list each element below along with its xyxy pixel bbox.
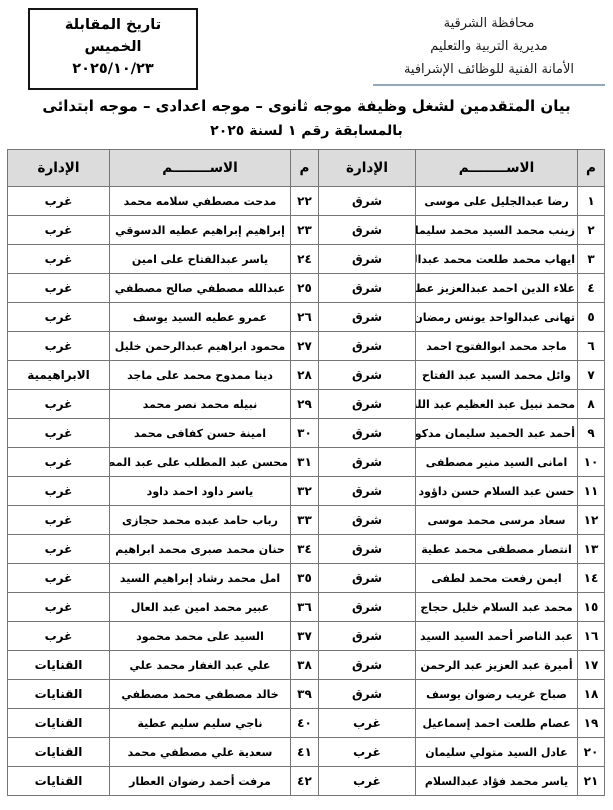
table-row: ٢ زينب محمد السيد محمد سليمان شرق ٢٣ إبر… (8, 216, 605, 245)
cell-admin-left: غرب (8, 419, 110, 448)
cell-name-right: أحمد عبد الحميد سليمان مدكور (416, 419, 578, 448)
cell-admin-right: شرق (319, 593, 416, 622)
cell-name-right: وائل محمد السيد عبد الفتاح (416, 361, 578, 390)
cell-name-right: زينب محمد السيد محمد سليمان (416, 216, 578, 245)
cell-name-right: محمد عبد السلام خليل حجاج (416, 593, 578, 622)
table-row: ١٢ سعاد مرسى محمد موسى شرق ٣٣ رباب حامد … (8, 506, 605, 535)
cell-name-right: رضا عبدالجليل على موسى (416, 187, 578, 216)
cell-admin-right: شرق (319, 651, 416, 680)
cell-serial-left: ٢٩ (291, 390, 319, 419)
cell-admin-right: شرق (319, 419, 416, 448)
table-header-row: م الاســــــــم الإدارة م الاســــــــم … (8, 150, 605, 187)
cell-admin-right: غرب (319, 738, 416, 767)
table-body: ١ رضا عبدالجليل على موسى شرق ٢٢ مدحت مصط… (8, 187, 605, 796)
cell-name-left: دينا ممدوح محمد على ماجد (110, 361, 291, 390)
cell-serial-right: ١٨ (578, 680, 605, 709)
cell-serial-right: ٥ (578, 303, 605, 332)
cell-admin-left: غرب (8, 274, 110, 303)
cell-admin-right: شرق (319, 332, 416, 361)
cell-name-left: محمود ابراهيم عبدالرحمن خليل (110, 332, 291, 361)
cell-admin-left: غرب (8, 622, 110, 651)
table-row: ٤ علاء الدين احمد عبدالعزيز عطية شرق ٢٥ … (8, 274, 605, 303)
cell-name-left: نبيله محمد نصر محمد (110, 390, 291, 419)
cell-serial-left: ٣٩ (291, 680, 319, 709)
cell-admin-left: القنايات (8, 738, 110, 767)
cell-admin-left: غرب (8, 593, 110, 622)
table-row: ٥ تهانى عبدالواحد يونس رمضان شرق ٢٦ عمرو… (8, 303, 605, 332)
cell-admin-right: شرق (319, 506, 416, 535)
document-title: بيان المتقدمين لشغل وظيفة موجه ثانوى – م… (0, 97, 613, 115)
cell-serial-right: ٧ (578, 361, 605, 390)
cell-name-right: تهانى عبدالواحد يونس رمضان (416, 303, 578, 332)
cell-name-left: السيد على محمد محمود (110, 622, 291, 651)
cell-serial-left: ٣٢ (291, 477, 319, 506)
cell-name-left: ناجي سليم سليم عطية (110, 709, 291, 738)
cell-name-left: ياسر عبدالفتاح على امين (110, 245, 291, 274)
cell-name-left: حنان محمد صبرى محمد ابراهيم (110, 535, 291, 564)
interview-date-label: تاريخ المقابلة (34, 15, 192, 37)
cell-admin-right: شرق (319, 477, 416, 506)
table-row: ٩ أحمد عبد الحميد سليمان مدكور شرق ٣٠ ام… (8, 419, 605, 448)
cell-admin-left: القنايات (8, 651, 110, 680)
cell-admin-right: شرق (319, 448, 416, 477)
table-row: ٦ ماجد محمد ابوالفتوح احمد شرق ٢٧ محمود … (8, 332, 605, 361)
cell-serial-right: ٢١ (578, 767, 605, 796)
cell-serial-left: ٣٠ (291, 419, 319, 448)
cell-serial-right: ١١ (578, 477, 605, 506)
cell-serial-left: ٣٤ (291, 535, 319, 564)
cell-admin-left: القنايات (8, 767, 110, 796)
cell-serial-left: ٢٣ (291, 216, 319, 245)
cell-admin-right: شرق (319, 216, 416, 245)
cell-name-left: ياسر داود احمد داود (110, 477, 291, 506)
header-name-left: الاســــــــم (110, 150, 291, 187)
cell-name-left: امينة حسن كفافى محمد (110, 419, 291, 448)
cell-name-left: عمرو عطيه السيد يوسف (110, 303, 291, 332)
table-row: ٢١ ياسر محمد فؤاد عبدالسلام غرب ٤٢ مرفت … (8, 767, 605, 796)
cell-admin-right: شرق (319, 274, 416, 303)
cell-serial-right: ٦ (578, 332, 605, 361)
cell-admin-left: القنايات (8, 680, 110, 709)
cell-admin-right: شرق (319, 390, 416, 419)
cell-admin-left: غرب (8, 535, 110, 564)
cell-serial-left: ٣٧ (291, 622, 319, 651)
cell-admin-right: غرب (319, 709, 416, 738)
header-num-left: م (291, 150, 319, 187)
cell-admin-right: غرب (319, 767, 416, 796)
cell-name-right: صباح غريب رضوان يوسف (416, 680, 578, 709)
cell-name-right: ياسر محمد فؤاد عبدالسلام (416, 767, 578, 796)
table-row: ٣ ايهاب محمد طلعت محمد عبدالرحمن شرق ٢٤ … (8, 245, 605, 274)
cell-name-left: خالد مصطفي محمد مصطفي (110, 680, 291, 709)
cell-serial-right: ١٩ (578, 709, 605, 738)
document-titles: بيان المتقدمين لشغل وظيفة موجه ثانوى – م… (0, 97, 613, 139)
table-row: ٧ وائل محمد السيد عبد الفتاح شرق ٢٨ دينا… (8, 361, 605, 390)
header-name-right: الاســــــــم (416, 150, 578, 187)
cell-name-right: محمد نبيل عبد العظيم عبد الله (416, 390, 578, 419)
cell-serial-right: ٢٠ (578, 738, 605, 767)
cell-serial-right: ٩ (578, 419, 605, 448)
cell-serial-left: ٣٣ (291, 506, 319, 535)
table-row: ١١ حسن عبد السلام حسن داؤود شرق ٣٢ ياسر … (8, 477, 605, 506)
letterhead: محافظة الشرقية مديرية التربية والتعليم ا… (373, 13, 605, 86)
cell-serial-left: ٤١ (291, 738, 319, 767)
cell-serial-right: ٨ (578, 390, 605, 419)
cell-name-right: حسن عبد السلام حسن داؤود (416, 477, 578, 506)
cell-serial-right: ١٠ (578, 448, 605, 477)
cell-admin-left: غرب (8, 390, 110, 419)
cell-name-right: عادل السيد متولي سليمان (416, 738, 578, 767)
cell-name-right: أميرة عبد العزيز عبد الرحمن (416, 651, 578, 680)
cell-name-right: ايهاب محمد طلعت محمد عبدالرحمن (416, 245, 578, 274)
table-row: ١٥ محمد عبد السلام خليل حجاج شرق ٣٦ عبير… (8, 593, 605, 622)
cell-name-right: امانى السيد منير مصطفى (416, 448, 578, 477)
cell-admin-left: غرب (8, 332, 110, 361)
cell-serial-left: ٢٤ (291, 245, 319, 274)
applicants-table: م الاســــــــم الإدارة م الاســــــــم … (7, 149, 605, 796)
interview-date: ٢٠٢٥/١٠/٢٣ (34, 59, 192, 81)
cell-serial-right: ١٢ (578, 506, 605, 535)
interview-date-box: تاريخ المقابلة الخميس ٢٠٢٥/١٠/٢٣ (28, 8, 198, 90)
table-row: ٢٠ عادل السيد متولي سليمان غرب ٤١ سعدية … (8, 738, 605, 767)
cell-name-left: رباب حامد عبده محمد حجازى (110, 506, 291, 535)
cell-serial-left: ٤٠ (291, 709, 319, 738)
cell-admin-left: الابراهيمية (8, 361, 110, 390)
cell-admin-left: غرب (8, 564, 110, 593)
letterhead-rule (373, 84, 605, 86)
cell-serial-right: ١ (578, 187, 605, 216)
cell-name-right: سعاد مرسى محمد موسى (416, 506, 578, 535)
cell-admin-left: غرب (8, 216, 110, 245)
cell-name-left: عبدالله مصطفي صالح مصطفي (110, 274, 291, 303)
cell-admin-right: شرق (319, 564, 416, 593)
table-row: ١٠ امانى السيد منير مصطفى شرق ٣١ محسن عب… (8, 448, 605, 477)
table-row: ٨ محمد نبيل عبد العظيم عبد الله شرق ٢٩ ن… (8, 390, 605, 419)
cell-serial-right: ١٤ (578, 564, 605, 593)
cell-admin-left: غرب (8, 245, 110, 274)
table-row: ١ رضا عبدالجليل على موسى شرق ٢٢ مدحت مصط… (8, 187, 605, 216)
cell-serial-left: ٢٨ (291, 361, 319, 390)
org-line-secretariat: الأمانة الفنية للوظائف الإشرافية (373, 59, 605, 82)
table-row: ١٤ ايمن رفعت محمد لطفى شرق ٣٥ امل محمد ر… (8, 564, 605, 593)
cell-admin-right: شرق (319, 187, 416, 216)
table-row: ١٣ انتصار مصطفى محمد عطية شرق ٣٤ حنان مح… (8, 535, 605, 564)
cell-name-left: مدحت مصطفي سلامه محمد (110, 187, 291, 216)
cell-admin-right: شرق (319, 680, 416, 709)
header-admin-left: الإدارة (8, 150, 110, 187)
cell-serial-left: ٢٢ (291, 187, 319, 216)
cell-serial-right: ١٧ (578, 651, 605, 680)
org-line-governorate: محافظة الشرقية (373, 13, 605, 36)
cell-serial-left: ٢٧ (291, 332, 319, 361)
cell-admin-left: غرب (8, 303, 110, 332)
cell-admin-left: غرب (8, 187, 110, 216)
cell-name-right: علاء الدين احمد عبدالعزيز عطية (416, 274, 578, 303)
cell-admin-right: شرق (319, 245, 416, 274)
table-row: ١٨ صباح غريب رضوان يوسف شرق ٣٩ خالد مصطف… (8, 680, 605, 709)
cell-serial-right: ١٣ (578, 535, 605, 564)
cell-serial-left: ٢٦ (291, 303, 319, 332)
cell-name-right: عصام طلعت احمد إسماعيل (416, 709, 578, 738)
cell-name-left: محسن عبد المطلب على عبد المطلب (110, 448, 291, 477)
cell-name-right: انتصار مصطفى محمد عطية (416, 535, 578, 564)
header-num-right: م (578, 150, 605, 187)
cell-name-left: سعدية علي مصطفي محمد (110, 738, 291, 767)
cell-admin-right: شرق (319, 303, 416, 332)
interview-day: الخميس (34, 37, 192, 59)
cell-admin-right: شرق (319, 622, 416, 651)
cell-serial-right: ١٥ (578, 593, 605, 622)
table-row: ١٩ عصام طلعت احمد إسماعيل غرب ٤٠ ناجي سل… (8, 709, 605, 738)
cell-serial-left: ٣٥ (291, 564, 319, 593)
cell-name-right: ماجد محمد ابوالفتوح احمد (416, 332, 578, 361)
cell-admin-left: غرب (8, 506, 110, 535)
cell-name-left: علي عبد الغفار محمد علي (110, 651, 291, 680)
cell-serial-left: ٢٥ (291, 274, 319, 303)
cell-serial-left: ٤٢ (291, 767, 319, 796)
cell-serial-right: ٤ (578, 274, 605, 303)
document-page: محافظة الشرقية مديرية التربية والتعليم ا… (0, 0, 613, 810)
cell-admin-right: شرق (319, 535, 416, 564)
cell-name-right: ايمن رفعت محمد لطفى (416, 564, 578, 593)
header-admin-right: الإدارة (319, 150, 416, 187)
cell-admin-left: غرب (8, 448, 110, 477)
cell-serial-right: ١٦ (578, 622, 605, 651)
cell-name-right: عبد الناصر أحمد السيد السيد (416, 622, 578, 651)
cell-name-left: إبراهيم إبراهيم عطيه الدسوقي (110, 216, 291, 245)
cell-name-left: امل محمد رشاد إبراهيم السيد (110, 564, 291, 593)
cell-name-left: مرفت أحمد رضوان العطار (110, 767, 291, 796)
cell-serial-right: ٣ (578, 245, 605, 274)
cell-admin-left: غرب (8, 477, 110, 506)
table-row: ١٦ عبد الناصر أحمد السيد السيد شرق ٣٧ ال… (8, 622, 605, 651)
cell-serial-left: ٣٦ (291, 593, 319, 622)
document-subtitle: بالمسابقة رقم ١ لسنة ٢٠٢٥ (0, 123, 613, 139)
cell-admin-right: شرق (319, 361, 416, 390)
cell-serial-left: ٣١ (291, 448, 319, 477)
org-line-directorate: مديرية التربية والتعليم (373, 36, 605, 59)
cell-serial-left: ٣٨ (291, 651, 319, 680)
cell-name-left: عبير محمد امين عبد العال (110, 593, 291, 622)
cell-admin-left: القنايات (8, 709, 110, 738)
table-row: ١٧ أميرة عبد العزيز عبد الرحمن شرق ٣٨ عل… (8, 651, 605, 680)
cell-serial-right: ٢ (578, 216, 605, 245)
